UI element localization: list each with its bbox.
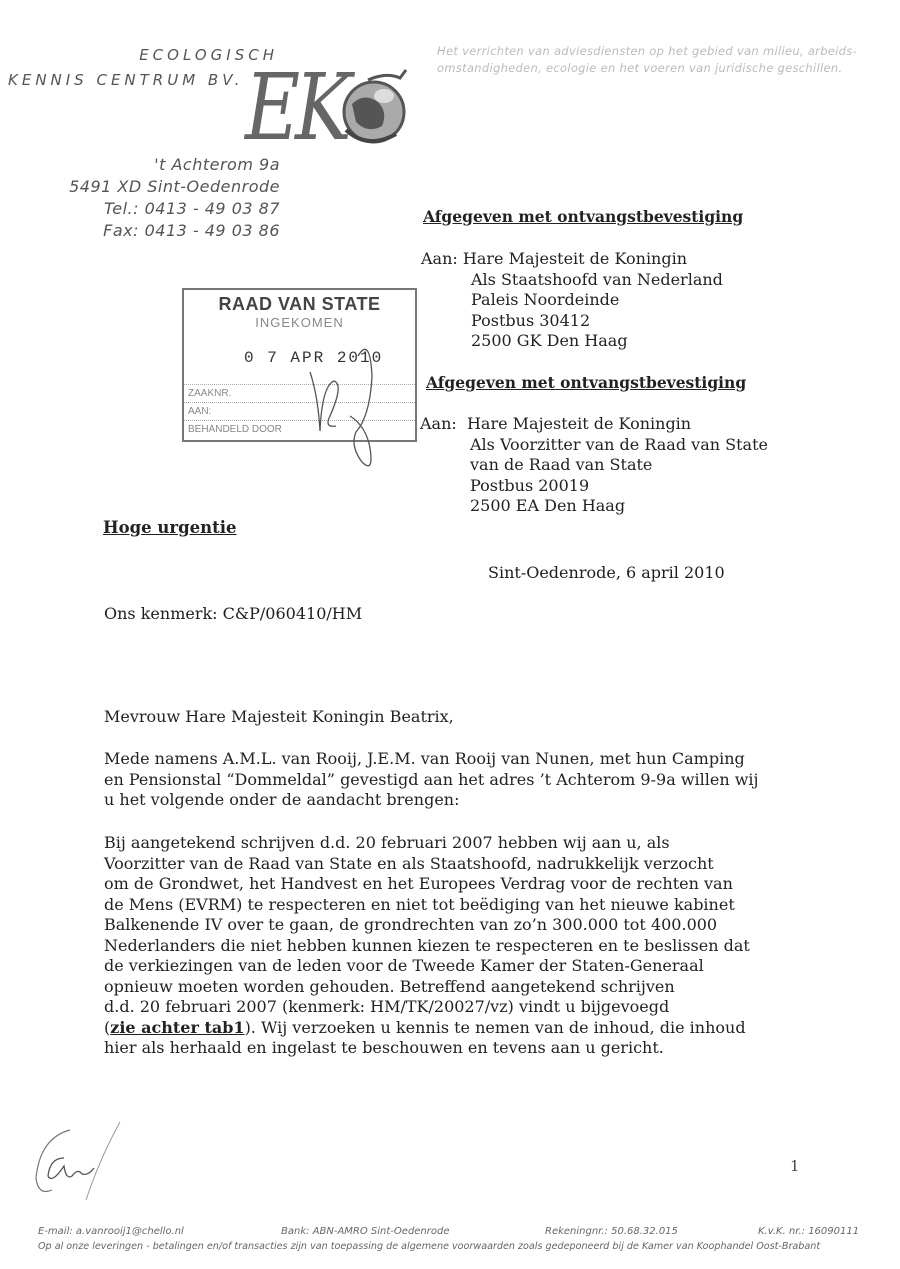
- paragraph-2-line: Bij aangetekend schrijven d.d. 20 februa…: [104, 833, 824, 854]
- address-phone: Tel.: 0413 - 49 03 87: [69, 198, 280, 220]
- footer-email: E-mail: a.vanrooij1@chello.nl: [38, 1226, 184, 1237]
- paragraph-1-line: u het volgende onder de aandacht brengen…: [104, 790, 824, 811]
- recipient1-line1: Hare Majesteit de Koningin: [463, 249, 687, 268]
- paragraph-2-line: opnieuw moeten worden gehouden. Betreffe…: [104, 977, 824, 998]
- recipient2-line3: van de Raad van State: [420, 455, 768, 476]
- recipient2-heading: Afgegeven met ontvangstbevestiging: [426, 373, 746, 392]
- company-logo-text: EK: [245, 62, 347, 154]
- paragraph-2-line: de verkiezingen van de leden voor de Twe…: [104, 956, 824, 977]
- recipient1-line5: 2500 GK Den Haag: [421, 331, 723, 352]
- stamp-subtitle: INGEKOMEN: [184, 315, 415, 330]
- recipient2-line2: Als Voorzitter van de Raad van State: [420, 435, 768, 456]
- paragraph-2-line: om de Grondwet, het Handvest en het Euro…: [104, 874, 824, 895]
- paragraph-2-line: Nederlanders die niet hebben kunnen kiez…: [104, 936, 824, 957]
- footer-bank: Bank: ABN-AMRO Sint-Oedenrode: [281, 1226, 450, 1237]
- tagline-line2: omstandigheden, ecologie en het voeren v…: [437, 60, 877, 77]
- globe-icon: [338, 68, 410, 148]
- footer-account: Rekeningnr.: 50.68.32.015: [545, 1226, 678, 1237]
- recipient2-label: Aan:: [420, 414, 457, 433]
- paragraph-1-line: Mede namens A.M.L. van Rooij, J.E.M. van…: [104, 749, 824, 770]
- company-tagline: Het verrichten van adviesdiensten op het…: [437, 43, 877, 77]
- footer-terms: Op al onze leveringen - betalingen en/of…: [38, 1241, 820, 1252]
- paragraph-2-line: d.d. 20 februari 2007 (kenmerk: HM/TK/20…: [104, 997, 824, 1018]
- paragraph-1: Mede namens A.M.L. van Rooij, J.E.M. van…: [104, 749, 824, 811]
- paragraph-2-line: (zie achter tab1). Wij verzoeken u kenni…: [104, 1018, 824, 1039]
- address-street: 't Achterom 9a: [69, 154, 280, 176]
- address-fax: Fax: 0413 - 49 03 86: [69, 220, 280, 242]
- paragraph-2: Bij aangetekend schrijven d.d. 20 februa…: [104, 833, 824, 1059]
- footer-kvk: K.v.K. nr.: 16090111: [758, 1226, 859, 1237]
- recipient1-line3: Paleis Noordeinde: [421, 290, 723, 311]
- recipient2-line4: Postbus 20019: [420, 476, 768, 497]
- recipient1-address: Aan: Hare Majesteit de Koningin Als Staa…: [421, 249, 723, 352]
- recipient1-heading: Afgegeven met ontvangstbevestiging: [423, 207, 743, 226]
- link-suffix: ). Wij verzoeken u kennis te nemen van d…: [245, 1018, 746, 1037]
- address-city: 5491 XD Sint-Oedenrode: [69, 176, 280, 198]
- paragraph-2-line: hier als herhaald en ingelast te beschou…: [104, 1038, 824, 1059]
- stamp-title: RAAD VAN STATE: [184, 294, 415, 315]
- recipient2-line5: 2500 EA Den Haag: [420, 496, 768, 517]
- company-name-line2: KENNIS CENTRUM BV.: [8, 71, 244, 89]
- recipient1-label: Aan:: [421, 249, 458, 268]
- recipient2-line1: Hare Majesteit de Koningin: [467, 414, 691, 433]
- recipient2-address: Aan: Hare Majesteit de Koningin Als Voor…: [420, 414, 768, 517]
- tagline-line1: Het verrichten van adviesdiensten op het…: [437, 43, 877, 60]
- page-number: 1: [790, 1157, 800, 1175]
- paragraph-2-line: de Mens (EVRM) te respecteren en niet to…: [104, 895, 824, 916]
- handwritten-signature: [30, 1118, 160, 1203]
- stamp-initials-signature: [300, 336, 400, 476]
- paragraph-1-line: en Pensionstal “Dommeldal” gevestigd aan…: [104, 770, 824, 791]
- attachment-reference-link: zie achter tab1: [110, 1018, 244, 1037]
- reference-number: Ons kenmerk: C&P/060410/HM: [104, 604, 362, 623]
- place-date: Sint-Oedenrode, 6 april 2010: [488, 563, 725, 582]
- company-address: 't Achterom 9a 5491 XD Sint-Oedenrode Te…: [69, 154, 280, 242]
- urgency-label: Hoge urgentie: [103, 518, 236, 537]
- recipient1-line2: Als Staatshoofd van Nederland: [421, 270, 723, 291]
- paragraph-2-line: Voorzitter van de Raad van State en als …: [104, 854, 824, 875]
- paragraph-2-line: Balkenende IV over te gaan, de grondrech…: [104, 915, 824, 936]
- recipient1-line4: Postbus 30412: [421, 311, 723, 332]
- salutation: Mevrouw Hare Majesteit Koningin Beatrix,: [104, 707, 824, 728]
